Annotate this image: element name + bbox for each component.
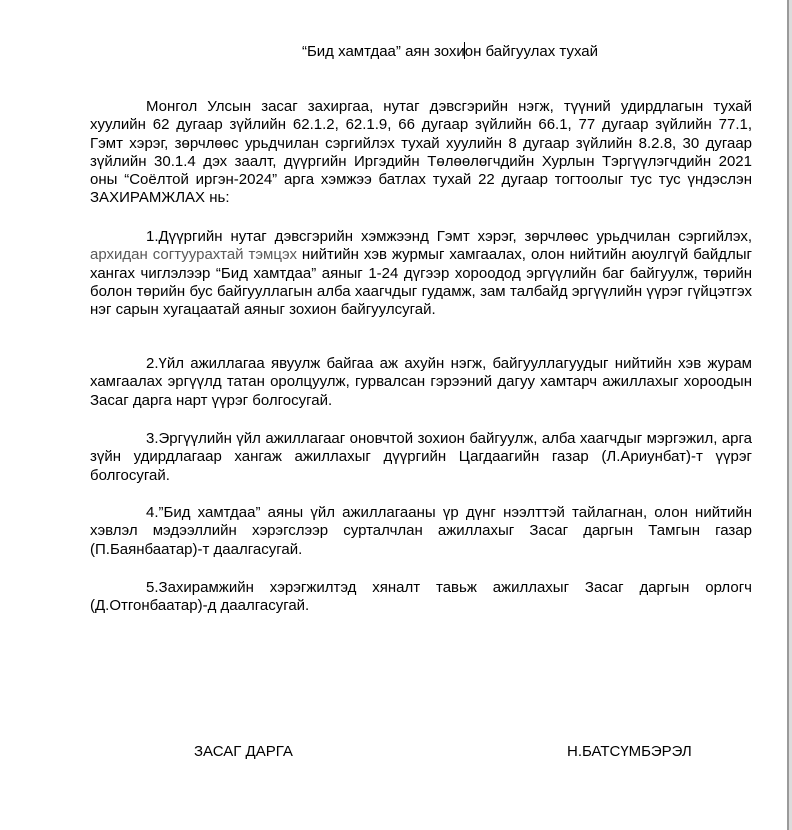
signature-name: Н.БАТСҮМБЭРЭЛ <box>567 743 692 761</box>
order-item-5-text: 5.Захирамжийн хэрэгжилтэд хяналт тавьж а… <box>90 579 752 616</box>
document-title[interactable]: “Бид хамтдаа” аян зохион байгуулах тухай <box>0 42 792 62</box>
order-item-1-highlight: архидан согтуурахтай тэмцэх <box>90 246 297 263</box>
order-item-2-text: 2.Үйл ажиллагаа явуулж байгаа аж ахуйн н… <box>90 355 752 410</box>
order-item-3: 3.Эргүүлийн үйл ажиллагааг оновчтой зохи… <box>90 430 752 485</box>
preamble-paragraph: Монгол Улсын засаг захиргаа, нутаг дэвсг… <box>90 98 752 208</box>
signature-title: ЗАСАГ ДАРГА <box>194 743 293 761</box>
preamble-text: Монгол Улсын засаг захиргаа, нутаг дэвсг… <box>90 98 752 208</box>
order-item-2: 2.Үйл ажиллагаа явуулж байгаа аж ахуйн н… <box>90 355 752 410</box>
title-text-end: он байгуулах тухай <box>465 43 598 60</box>
order-item-3-text: 3.Эргүүлийн үйл ажиллагааг оновчтой зохи… <box>90 430 752 485</box>
order-item-5: 5.Захирамжийн хэрэгжилтэд хяналт тавьж а… <box>90 579 752 616</box>
order-item-1: 1.Дүүргийн нутаг дэвсгэрийн хэмжээнд Гэм… <box>90 228 752 319</box>
document-page[interactable]: “Бид хамтдаа” аян зохион байгуулах тухай… <box>0 0 787 830</box>
order-item-1-start: 1.Дүүргийн нутаг дэвсгэрийн хэмжээнд Гэм… <box>146 228 752 245</box>
order-item-4: 4.”Бид хамтдаа” аяны үйл ажиллагааны үр … <box>90 504 752 559</box>
order-item-1-text: 1.Дүүргийн нутаг дэвсгэрийн хэмжээнд Гэм… <box>90 228 752 319</box>
order-item-4-text: 4.”Бид хамтдаа” аяны үйл ажиллагааны үр … <box>90 504 752 559</box>
title-text-start: “Бид хамтдаа” аян зохи <box>302 43 465 60</box>
